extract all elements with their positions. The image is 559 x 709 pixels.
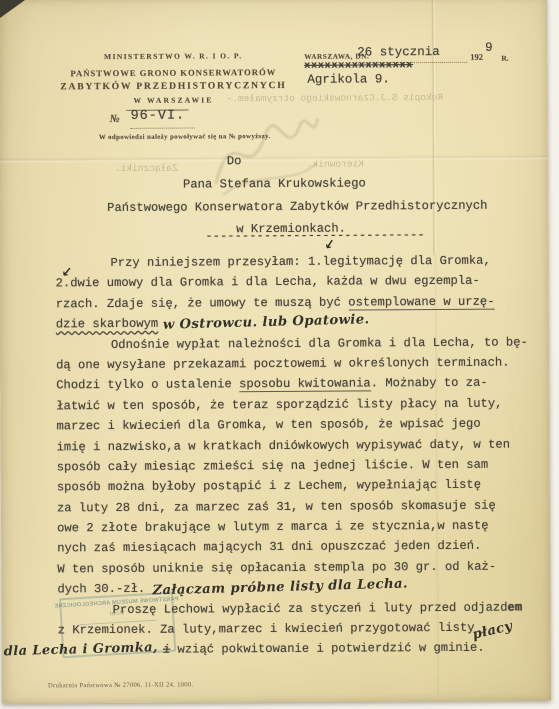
text-segment: Chodzi tylko o ustalenie	[56, 378, 239, 393]
paper-sheet: Rękopis S.J.Czarnowskiego otrzymałem.- Z…	[0, 0, 551, 704]
recipient-title: Państwowego Konserwatora Zabytków Przedh…	[107, 199, 487, 215]
text-segment: dla Lecha i Gromka,	[4, 638, 164, 663]
text-segment: marzec i kwiecień dla Gromka, w ten spos…	[56, 417, 480, 434]
bleedthrough-zalaczniki: Załączniki.	[115, 163, 178, 174]
street-address: Agrikola 9.	[307, 72, 390, 87]
body-line: dla Lecha i Gromka, i wziąć pokwitowanie…	[4, 637, 532, 661]
struck-out-typed-line: xxxxxxxxxxxxxxxx	[304, 60, 413, 72]
letterhead-city: W WARSZAWIE	[38, 95, 308, 106]
letterhead-ministry: MINISTERSTWO W. R. I O. P.	[38, 51, 308, 62]
recipient-salutation: Do	[227, 154, 242, 168]
text-segment: Przy niniejszem przesyłam: 1.legitymację…	[110, 254, 490, 270]
text-segment: . Możnaby to za-	[371, 376, 488, 391]
body-line: rzach. Zdaje się, że umowy te muszą być …	[56, 290, 530, 313]
text-segment: em	[507, 600, 522, 614]
text-segment: sposobu kwitowania	[239, 377, 371, 393]
body-line: za luty 28 dni, za marzec zaś 31, w ten …	[57, 494, 531, 517]
body-line: Proszę Lechowi wypłacić za styczeń i lut…	[58, 596, 532, 619]
text-segment: 2.dwie umowy dla Gromka i dla Lecha, każ…	[56, 274, 480, 291]
text-segment: Odnośnie wypłat należności dla Gromka i …	[111, 335, 528, 352]
printed-year-prefix: 192	[470, 52, 483, 62]
handwritten-check-mark-2: ↙	[61, 265, 73, 281]
letterhead-org-line2: ZABYTKÓW PRZEDHISTORYCZNYCH	[38, 80, 308, 93]
body-line: dzie skarbowym w Ostrowcu. lub Opatowie.	[56, 311, 530, 334]
typed-year-digit: 9	[485, 41, 493, 55]
vertical-fold-crease	[431, 0, 438, 255]
typed-date: 26 stycznia	[357, 45, 440, 60]
letter-body: Przy niniejszem przesyłam: 1.legitymację…	[55, 249, 531, 660]
body-line: sposób można byłoby postąpić i z Lechem,…	[57, 474, 531, 497]
text-segment: sposób cały miesiąc zmieści się na jedne…	[57, 458, 489, 475]
text-segment: łatwić w ten sposób, że teraz sporządzić…	[56, 396, 502, 413]
recipient-name: Pana Stefana Krukowskiego	[183, 176, 366, 191]
text-segment: za luty 28 dni, za marzec zaś 31, w ten …	[57, 498, 496, 515]
text-segment: sposób można byłoby postąpić i z Lechem,…	[57, 478, 481, 495]
body-line: marzec i kwiecień dla Gromka, w ten spos…	[56, 413, 530, 436]
body-line: Przy niniejszem przesyłam: 1.legitymację…	[55, 249, 529, 272]
text-segment: W ten sposób uniknie się opłacania stemp…	[57, 560, 496, 577]
text-segment: owe 2 złote brakujące w lutym z marca i …	[57, 519, 489, 536]
body-line: imię i nazwisko,a w kratkach dniówkowych…	[57, 433, 531, 456]
text-segment: wziąć pokwitowanie i potwierdzić w gmini…	[170, 641, 485, 657]
document-number-dotted-line	[131, 127, 195, 128]
text-segment: rzach. Zdaje się, że umowy te muszą być	[56, 295, 349, 311]
text-segment: imię i nazwisko,a w kratkach dniówkowych…	[57, 437, 511, 454]
body-line: owe 2 złote brakujące w lutym z marca i …	[57, 515, 531, 538]
text-segment: ostemplowane w urzę-	[348, 294, 494, 310]
recipient-underline-dashes: ------------------------------	[205, 228, 425, 243]
document-number-value: 96-VI.	[131, 109, 186, 124]
body-line: z Krzemionek. Za luty,marzec i kwiecień …	[58, 616, 532, 639]
body-line: nych zaś miesiącach mających 31 dni opus…	[57, 535, 531, 558]
body-line: dych 30.-zł. Załączam próbne listy dla L…	[57, 576, 531, 599]
letterhead-org-line1: PAŃSTWOWE GRONO KONSERWATORÓW	[38, 67, 308, 79]
body-line: 2.dwie umowy dla Gromka i dla Lecha, każ…	[56, 270, 530, 293]
body-line: Odnośnie wypłat należności dla Gromka i …	[56, 331, 530, 354]
text-segment: dych 30.-zł.	[57, 582, 152, 597]
body-line: dą one wysyłane przekazami pocztowemi w …	[56, 351, 530, 374]
document-number-label: №	[110, 113, 120, 125]
text-segment: Proszę Lechowi wypłacić za styczeń i lut…	[113, 600, 508, 616]
body-line: sposób cały miesiąc zmieści się na jedne…	[57, 453, 531, 476]
text-segment: dzie skarbowym	[56, 317, 158, 332]
body-line: łatwić w ten sposób, że teraz sporządzić…	[56, 392, 530, 415]
text-segment: nych zaś miesiącach mających 31 dni opus…	[57, 539, 481, 556]
text-segment: i	[161, 640, 171, 660]
printer-imprint: Drukarnia Państwowa № 27006. 11-XII 24. …	[48, 682, 193, 690]
body-line: W ten sposób uniknie się opłacania stemp…	[57, 555, 531, 578]
text-segment: z Krzemionek. Za luty,marzec i kwiecień …	[58, 621, 475, 638]
printed-year-suffix: R.	[501, 54, 508, 63]
text-segment: dą one wysyłane przekazami pocztowemi w …	[56, 356, 510, 373]
scanned-letter-page: Rękopis S.J.Czarnowskiego otrzymałem.- Z…	[0, 0, 559, 709]
body-line: Chodzi tylko o ustalenie sposobu kwitowa…	[56, 372, 530, 395]
